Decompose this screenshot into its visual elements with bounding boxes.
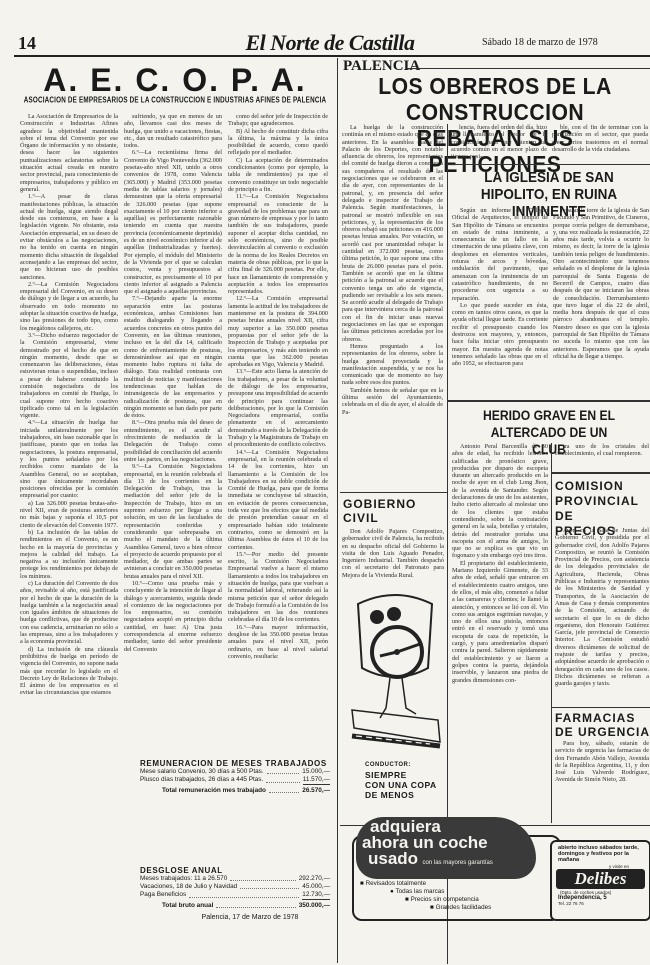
aecopa-column-3: como del señor jefe de Inspección de Tra… xyxy=(228,113,328,751)
paragraph: lencia, fuera del orden del día, hizo un… xyxy=(451,124,547,160)
table-row: Plusco días trabajados, 26 días a 445 Pt… xyxy=(140,776,330,785)
comision-precios-text: Ayer, en la Sala de Juntas del Gobierno … xyxy=(555,527,649,707)
paragraph: 13.º—Este acto llama la atención de los … xyxy=(228,368,328,448)
ad-phone: Tel. 22 76 76 xyxy=(552,901,649,906)
paragraph: La Asociación de Empresarios de la Const… xyxy=(20,113,118,193)
ad-delibes: abierto incluso sábados tarde, domingos … xyxy=(550,840,650,921)
divider xyxy=(552,707,650,708)
divider xyxy=(448,164,650,165)
column-divider xyxy=(551,443,552,823)
divider xyxy=(552,472,650,474)
paragraph: d) La inclusión de una cláusula prohibit… xyxy=(20,646,118,697)
cartoon-caption: CONDUCTOR: SIEMPRE CON UNA COPA DE MENOS xyxy=(365,760,450,800)
paragraph: 14.º—La Comisión Negociadora empresarial… xyxy=(228,449,328,551)
ad-bullet: ● Todas las marcas xyxy=(390,888,550,896)
paragraph: B) Al hecho de constituir dicha cifra la… xyxy=(228,128,328,157)
desglose-table: DESGLOSE ANUAL Meses trabajados: 11 a 26… xyxy=(140,866,330,921)
page-number: 14 xyxy=(18,33,36,54)
paragraph: Según un informe del Colegio Oficial de … xyxy=(452,207,548,302)
drink-drive-icon xyxy=(350,590,445,770)
cartoon-illustration xyxy=(350,590,445,770)
table-row: Vacaciones, 18 de Julio y Navidad45.000,… xyxy=(140,883,330,891)
ad-bullet-list: ■ Revisados totalmente ● Todas las marca… xyxy=(360,880,550,912)
remuneracion-table: REMUNERACION DE MESES TRABAJADOS Mese sa… xyxy=(140,759,330,795)
paragraph: 2.º—La Comisión Negociadora empresarial … xyxy=(20,281,118,332)
paragraph: 3.º—Dicho esfuerzo negociador de la Comi… xyxy=(20,332,118,420)
section-rule xyxy=(405,68,650,69)
paragraph: La huelga de la construcción continúa en… xyxy=(342,124,443,343)
paragraph: El propietario del establecimiento, Mari… xyxy=(452,560,548,684)
paragraph: C) La aceptación de determinados condici… xyxy=(228,157,328,193)
ad-headline-3: usado xyxy=(368,849,418,868)
paragraph: También hemos de señalar que en la últim… xyxy=(342,387,443,416)
table-row: Meses trabajados: 11 a 26.570292.270,— xyxy=(140,875,330,883)
paragraph: c) La duración del Convenio de dos años,… xyxy=(20,580,118,646)
paragraph: Hemos preguntado a los representantes de… xyxy=(342,343,443,387)
paragraph: 4.º—La situación de huelga fue iniciada … xyxy=(20,419,118,499)
paragraph: sufriendo, ya que en menos de un año, ll… xyxy=(124,113,222,149)
paragraph: 15.º—Por medio del presente escrito, la … xyxy=(228,551,328,624)
paragraph: 7.º—Dejando aparte la enorme separación … xyxy=(124,295,222,419)
aecopa-title: A. E. C. O. P. A. xyxy=(20,62,330,99)
obreros-column-1: La huelga de la construcción continúa en… xyxy=(342,124,443,484)
paragraph: reparar la torre de la iglesia de San Fa… xyxy=(553,207,649,360)
paragraph: 10.º—Como una prueba más y concluyente d… xyxy=(124,580,222,653)
delibes-logo: Delibes xyxy=(556,869,645,889)
obreros-column-2: lencia, fuera del orden del día, hizo un… xyxy=(451,124,547,160)
masthead-divider xyxy=(14,55,650,57)
aecopa-subtitle: ASOCIACION DE EMPRESARIOS DE LA CONSTRUC… xyxy=(18,96,332,105)
aecopa-column-1: La Asociación de Empresarios de la Const… xyxy=(20,113,118,813)
paragraph: a) Las 326.000 pesetas brutas-año-nivel … xyxy=(20,500,118,529)
aecopa-signature: Palencia, 17 de Marzo de 1978 xyxy=(140,914,330,921)
ad-bullet: ■ Precios sin competencia xyxy=(405,896,550,904)
ad-opening-hours: abierto incluso sábados tarde, domingos … xyxy=(552,842,649,864)
table-total-row: Total bruto anual350.000,— xyxy=(140,902,330,910)
table-row: Mese salario Convenio, 30 días a 500 Pta… xyxy=(140,768,330,776)
divider xyxy=(448,400,650,402)
paragraph: tra uno de los cristales del establecimi… xyxy=(555,443,649,458)
paragraph: 6.º—La recientísima firma del Convenio d… xyxy=(124,149,222,295)
ad-prefix: y visite en xyxy=(552,864,649,869)
aecopa-column-2: sufriendo, ya que en menos de un año, ll… xyxy=(124,113,222,751)
paragraph: b) La inclusión de las tablas de rendimi… xyxy=(20,529,118,580)
remuneracion-title: REMUNERACION DE MESES TRABAJADOS xyxy=(140,759,330,768)
paragraph: 8.º—Otra prueba más del deseo de entendi… xyxy=(124,419,222,463)
obreros-column-3: ble, con el fin de terminar con la paral… xyxy=(552,124,648,160)
iglesia-column-1: Según un informe del Colegio Oficial de … xyxy=(452,207,548,395)
paragraph: 1.º—A pesar de claras manifestaciones pú… xyxy=(20,193,118,281)
table-total-row: Total remuneración mes trabajado26.570,— xyxy=(140,787,330,795)
paragraph: 12.º—La Comisión empresarial lamenta la … xyxy=(228,295,328,368)
farmacias-text: Para hoy, sábado, estarán de servicio de… xyxy=(555,740,649,790)
gobierno-civil-title: GOBIERNO CIVIL xyxy=(343,497,447,525)
column-divider xyxy=(337,58,338,963)
paragraph: como del señor jefe de Inspección de Tra… xyxy=(228,113,328,128)
paragraph: 16.º—Para mayor información, desglose de… xyxy=(228,624,328,660)
desglose-title: DESGLOSE ANUAL xyxy=(140,866,330,875)
ad-tagline: con las mayores garantías xyxy=(423,860,493,866)
divider xyxy=(340,492,447,493)
paragraph: Lo que puede suceder en ésta, como en ta… xyxy=(452,302,548,368)
farmacias-title: FARMACIAS DE URGENCIA xyxy=(555,711,650,739)
issue-date: Sábado 18 de marzo de 1978 xyxy=(482,37,598,48)
herido-column-1: Antonio Peral Barcenilla de 30 años de e… xyxy=(452,443,548,823)
ad-bullet: ■ Revisados totalmente xyxy=(360,880,550,888)
ad-headline-1: adquiera xyxy=(370,819,536,834)
gobierno-civil-text: Don Adolfo Pajares Compostizo, gobernado… xyxy=(342,528,444,584)
newspaper-name: El Norte de Castilla xyxy=(220,30,440,56)
ad-bullet: ■ Grandes facilidades xyxy=(430,904,550,912)
herido-column-2: tra uno de los cristales del establecimi… xyxy=(555,443,649,467)
ad-car-silhouette: adquiera ahora un coche usado con las ma… xyxy=(356,817,536,879)
iglesia-column-2: reparar la torre de la iglesia de San Fa… xyxy=(553,207,649,395)
paragraph: ble, con el fin de terminar con la paral… xyxy=(552,124,648,153)
paragraph: 11.º—La Comisión Negociadora empresarial… xyxy=(228,193,328,295)
table-row: Paga Beneficios12.730,— xyxy=(140,891,330,900)
paragraph: Antonio Peral Barcenilla de 30 años de e… xyxy=(452,443,548,560)
paragraph: 9.º—La Comisión Negociadora empresarial,… xyxy=(124,463,222,580)
